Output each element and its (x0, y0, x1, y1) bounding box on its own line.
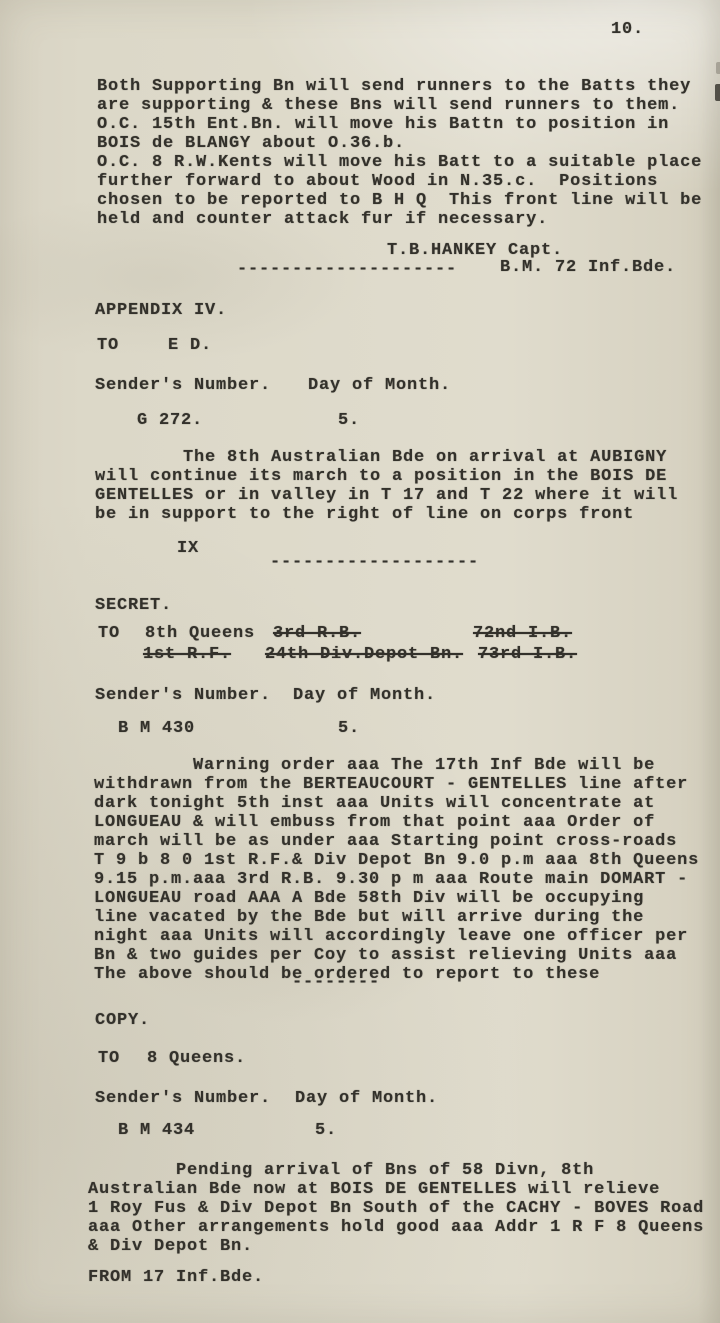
secret-classification: SECRET. (95, 596, 172, 615)
appendix-to-label: TO (97, 336, 119, 355)
page-edge-mark (715, 84, 720, 101)
appendix-section-mark: IX (177, 539, 199, 558)
signature-dash-line: -------------------- (237, 260, 457, 279)
secret-to-label: TO (98, 624, 120, 643)
copy-day-of-month-value: 5. (315, 1121, 337, 1140)
secret-to-value: 8th Queens (145, 624, 255, 643)
secret-addressee-struck: 73rd I.B. (478, 645, 577, 664)
secret-addressee-struck: 72nd I.B. (473, 624, 572, 643)
appendix-senders-number-value: G 272. (137, 411, 203, 430)
secret-senders-number-label: Sender's Number. (95, 686, 271, 705)
appendix-day-of-month-label: Day of Month. (308, 376, 451, 395)
secret-addressee-struck: 1st R.F. (143, 645, 231, 664)
appendix-senders-number-label: Sender's Number. (95, 376, 271, 395)
copy-body-paragraph: Pending arrival of Bns of 58 Divn, 8th A… (88, 1161, 704, 1256)
appendix-to-value: E D. (168, 336, 212, 355)
secret-day-of-month-label: Day of Month. (293, 686, 436, 705)
appendix-day-of-month-value: 5. (338, 411, 360, 430)
copy-senders-number-label: Sender's Number. (95, 1089, 271, 1108)
copy-from-value: 17 Inf.Bde. (143, 1268, 264, 1287)
secret-addressee-struck: 3rd R.B. (273, 624, 361, 643)
signature-role: B.M. 72 Inf.Bde. (500, 258, 676, 277)
intro-paragraph: Both Supporting Bn will send runners to … (97, 77, 702, 229)
appendix-heading: APPENDIX IV. (95, 301, 227, 320)
secret-senders-number-value: B M 430 (118, 719, 195, 738)
copy-heading: COPY. (95, 1011, 150, 1030)
secret-day-of-month-value: 5. (338, 719, 360, 738)
page-number: 10. (611, 20, 644, 39)
appendix-dash-line: ------------------- (270, 553, 479, 572)
document-page: 10. Both Supporting Bn will send runners… (0, 0, 720, 1323)
copy-from-label: FROM (88, 1268, 132, 1287)
copy-senders-number-value: B M 434 (118, 1121, 195, 1140)
secret-body-paragraph: Warning order aaa The 17th Inf Bde will … (94, 756, 699, 984)
secret-dash-line: -------- (292, 973, 380, 992)
page-edge-mark (716, 62, 720, 74)
secret-addressee-struck: 24th Div.Depot Bn. (265, 645, 463, 664)
copy-to-value: 8 Queens. (147, 1049, 246, 1068)
copy-to-label: TO (98, 1049, 120, 1068)
appendix-body-paragraph: The 8th Australian Bde on arrival at AUB… (95, 448, 678, 524)
copy-day-of-month-label: Day of Month. (295, 1089, 438, 1108)
